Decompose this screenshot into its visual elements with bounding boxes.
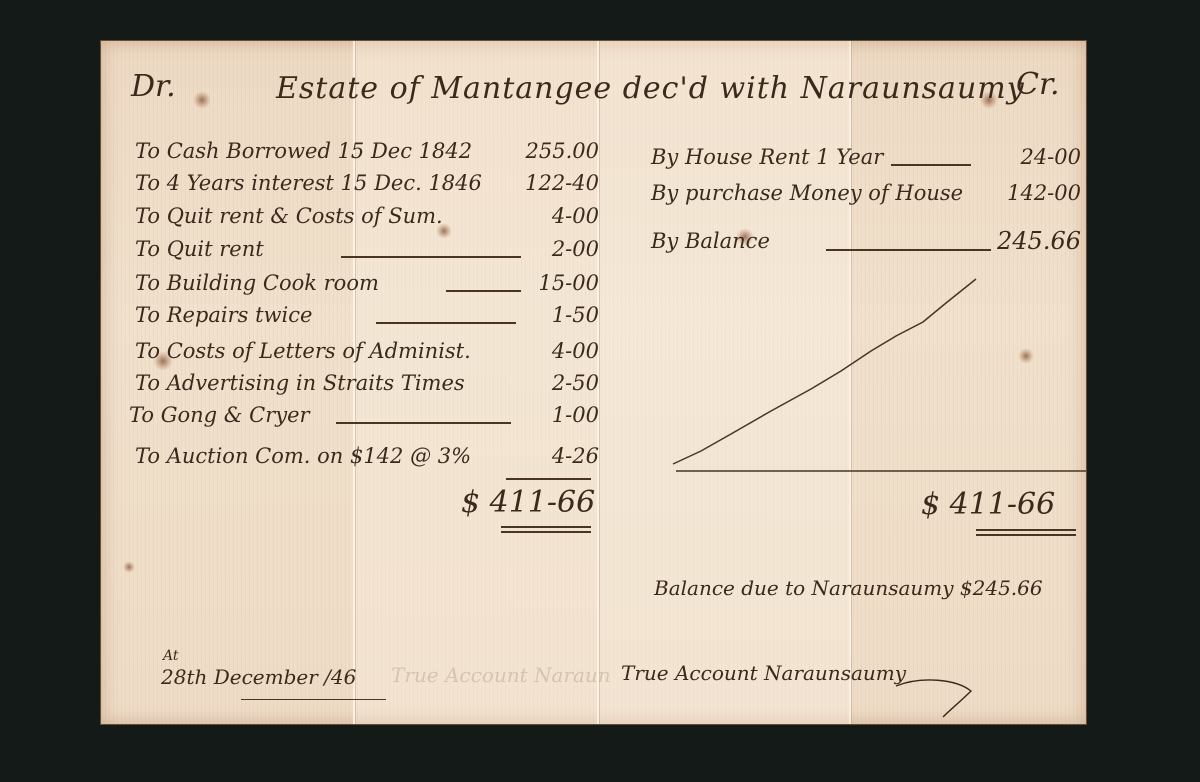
debit-entry-amount: 1-50 (521, 303, 599, 327)
document-date: 28th December /46 (161, 665, 356, 689)
leader-line (376, 322, 516, 324)
leader-line (341, 256, 521, 258)
debit-total: $ 411-66 (461, 485, 595, 520)
debit-entry-label: To Repairs twice (135, 303, 312, 327)
debit-entry-amount: 4-26 (521, 444, 599, 468)
debit-entry-amount: 2-50 (521, 371, 599, 395)
cancel-diagonal-stroke (661, 256, 1086, 476)
credit-entry-amount: 142-00 (991, 181, 1081, 205)
credit-entry-label: By House Rent 1 Year (651, 145, 883, 169)
credit-entry-amount: 24-00 (991, 145, 1081, 169)
debit-entry-label: To Costs of Letters of Administ. (135, 339, 471, 363)
signature-flourish (891, 671, 981, 721)
debit-entry-label: To Auction Com. on $142 @ 3% (135, 444, 471, 468)
ledger-sheet: Dr. Estate of Mantangee dec'd with Narau… (101, 41, 1086, 724)
leader-line (891, 164, 971, 166)
sum-rule (506, 478, 591, 480)
credit-entry-label: By purchase Money of House (651, 181, 963, 205)
date-underline (241, 699, 386, 700)
debit-entry-amount: 1-00 (521, 403, 599, 427)
double-underline (501, 526, 591, 528)
debit-entry-amount: 255.00 (521, 139, 599, 163)
foxing-stain (123, 561, 135, 573)
balance-note: Balance due to Naraunsaumy $245.66 (654, 576, 1043, 600)
credit-total: $ 411-66 (921, 487, 1055, 522)
leader-line (446, 290, 521, 292)
debit-entry-label: To Quit rent & Costs of Sum. (135, 204, 443, 228)
date-prefix: At (163, 648, 179, 664)
ledger-title: Estate of Mantangee dec'd with Naraunsau… (276, 71, 1025, 106)
debit-entry-label: To Quit rent (135, 237, 264, 261)
foxing-stain (193, 91, 211, 109)
debit-entry-label: To 4 Years interest 15 Dec. 1846 (135, 171, 482, 195)
credit-entry-label: By Balance (651, 229, 770, 253)
leader-line (336, 422, 511, 424)
leader-line (826, 249, 991, 251)
attestation-signature: True Account Naraunsaumy (621, 661, 906, 685)
debit-entry-label: To Building Cook room (135, 271, 379, 295)
debit-marker: Dr. (131, 69, 176, 104)
credit-entry-amount: 245.66 (981, 227, 1081, 255)
bleed-through-text: True Account Naraun (391, 663, 611, 687)
debit-entry-amount: 4-00 (521, 339, 599, 363)
debit-entry-amount: 2-00 (521, 237, 599, 261)
debit-entry-amount: 122-40 (521, 171, 599, 195)
double-underline (976, 529, 1076, 531)
debit-entry-label: To Advertising in Straits Times (135, 371, 465, 395)
debit-entry-amount: 15-00 (521, 271, 599, 295)
double-underline (976, 534, 1076, 536)
debit-entry-label: To Gong & Cryer (129, 403, 310, 427)
credit-marker: Cr. (1016, 67, 1060, 102)
debit-entry-amount: 4-00 (521, 204, 599, 228)
double-underline (501, 531, 591, 533)
debit-entry-label: To Cash Borrowed 15 Dec 1842 (135, 139, 472, 163)
